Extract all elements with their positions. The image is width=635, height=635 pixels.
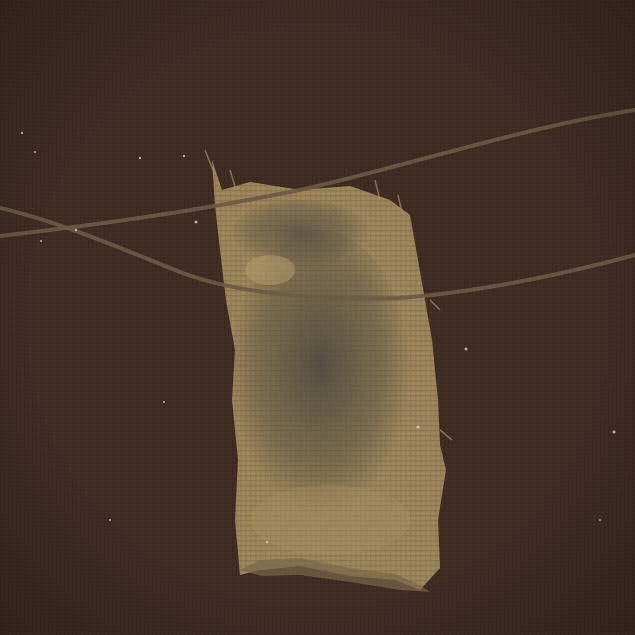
canvas-photo [0, 0, 635, 635]
canvas-illustration [0, 0, 635, 635]
